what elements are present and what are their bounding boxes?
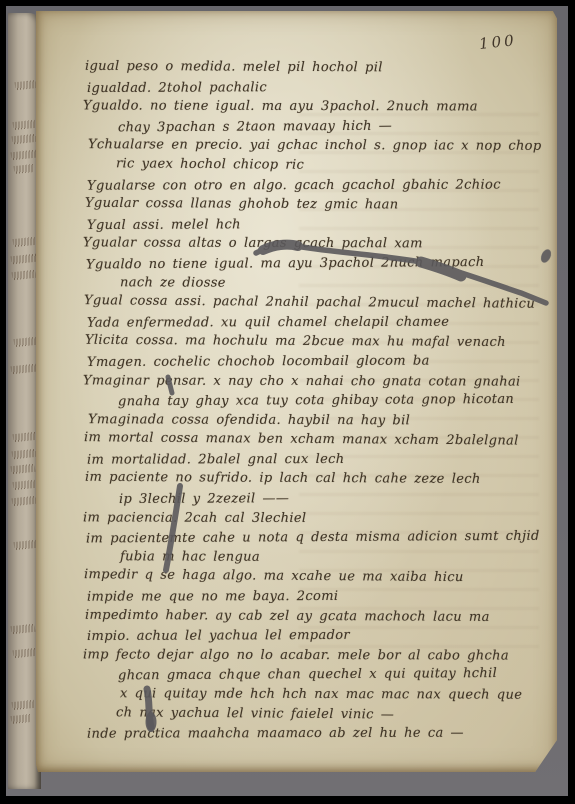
page-edge-text-fragment xyxy=(11,150,37,161)
manuscript-line: nach ze diosse xyxy=(120,273,557,294)
manuscript-line: x qui quitay mde hch hch nax mac mac nax… xyxy=(120,684,557,705)
manuscript-line: im mortalidad. 2balel gnal cux lech xyxy=(87,449,557,470)
manuscript-line: igual peso o medida. melel pil hochol pi… xyxy=(85,57,557,79)
page-edge-text-fragment xyxy=(11,254,38,265)
manuscript-line: Ygualdo no tiene igual. ma ayu 3pachol 2… xyxy=(86,252,557,274)
manuscript-line: impedir q se haga algo. ma xcahe ue ma x… xyxy=(84,566,557,589)
page-edge-text-fragment xyxy=(14,164,35,174)
manuscript-line: impio. achua lel yachua lel empador xyxy=(87,625,557,647)
manuscript-line: igualdad. 2tohol pachalic xyxy=(87,77,557,99)
manuscript-line: im paciencia. 2cah cal 3lechiel xyxy=(83,508,557,529)
manuscript-line: ip 3lechil y 2zezeil —— xyxy=(119,488,557,510)
manuscript-line: im paciente no sufrido. ip lach cal hch … xyxy=(85,468,557,490)
page-edge-text-fragment xyxy=(11,364,37,375)
page-edge-text-fragment xyxy=(15,80,40,90)
manuscript-line: Ygualdo. no tiene igual. ma ayu 3pachol.… xyxy=(83,97,557,118)
page-edge-text-fragment xyxy=(11,624,36,634)
scanned-manuscript-screenshot: { "manuscript": { "page_number": "100", … xyxy=(0,0,575,804)
page-edge-text-fragment xyxy=(13,480,36,490)
manuscript-line: Ygualarse con otro en algo. gcach gcacho… xyxy=(87,175,557,196)
manuscript-line: Yada enfermedad. xu quil chamel chelapil… xyxy=(87,312,557,333)
page-edge-text-fragment xyxy=(13,120,36,130)
page-edge-text-fragment xyxy=(14,337,37,347)
manuscript-line: inde practica maahcha maamaco ab zel hu … xyxy=(87,724,557,745)
page-edge-text-fragment xyxy=(11,464,36,474)
page-edge-text-fragment xyxy=(12,700,35,710)
page-edge-text-fragment xyxy=(11,714,32,724)
manuscript-line: Ygual cossa assi. pachal 2nahil pachal 2… xyxy=(84,291,557,314)
manuscript-line: impide me que no me baya. 2comi xyxy=(87,586,557,607)
page-edge-text-fragment xyxy=(12,449,39,460)
page-edge-text-fragment xyxy=(13,237,36,247)
manuscript-line: Ygual assi. melel hch xyxy=(87,214,557,236)
manuscript-line: ch nax yachua lel vinic faielel vinic — xyxy=(116,703,557,726)
manuscript-line: imp fecto dejar algo no lo acabar. mele … xyxy=(83,645,557,666)
manuscript-line: Ylicita cossa. ma hochulu ma 2bcue max h… xyxy=(85,331,557,353)
page-edge-text-fragment xyxy=(12,270,37,280)
manuscript-line: im pacientemte cahe u nota q desta misma… xyxy=(86,527,557,549)
manuscript-line: im mortal cossa manax ben xcham manax xc… xyxy=(84,428,557,451)
manuscript-line: ghcan gmaca chque chan quechel x qui qui… xyxy=(118,664,557,686)
manuscript-page: 100 igual peso o medida. melel pil hocho… xyxy=(36,11,557,772)
manuscript-line: Ygualar cossa altas o largas gcach pacha… xyxy=(83,234,557,255)
manuscript-line: Ygualar cossa llanas ghohob tez gmic haa… xyxy=(85,194,557,216)
page-edge-text-fragment xyxy=(12,496,38,507)
page-edge-text-fragment xyxy=(13,432,38,442)
manuscript-line: Ymaginar pensar. x nay cho x nahai cho g… xyxy=(83,371,557,392)
page-edge-text-fragment xyxy=(12,134,39,145)
manuscript-line: gnaha tay ghay xca tuy cota ghibay cota … xyxy=(118,390,557,412)
manuscript-line: ric yaex hochol chicop ric xyxy=(116,154,557,177)
manuscript-line: Ymagen. cochelic chochob locombail gloco… xyxy=(87,351,557,373)
manuscript-text: igual peso o medida. melel pil hochol pi… xyxy=(36,11,557,744)
page-edge-text-fragment xyxy=(13,648,39,659)
manuscript-line: Ychualarse en precio. yai gchac inchol s… xyxy=(88,136,557,157)
page-edge-text-fragment xyxy=(14,540,37,550)
manuscript-line: impedimto haber. ay cab zel ay gcata mac… xyxy=(85,605,557,627)
manuscript-line: chay 3pachan s 2taon mavaay hich — xyxy=(118,115,557,137)
